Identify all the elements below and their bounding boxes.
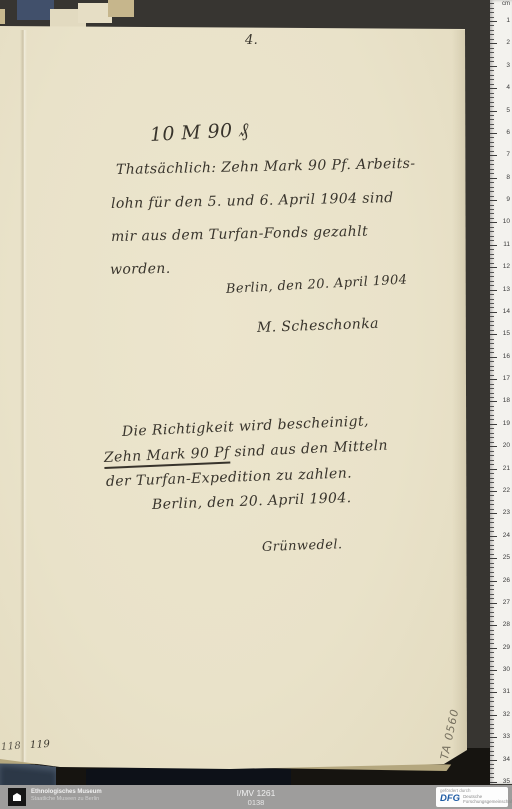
- ruler-tick-minor: [490, 352, 494, 353]
- ruler-tick-minor: [490, 531, 494, 532]
- ruler-tick-minor: [490, 500, 494, 501]
- ruler-tick-minor: [490, 522, 494, 523]
- ruler-tick-minor: [490, 612, 494, 613]
- ruler-tick-minor: [490, 688, 494, 689]
- ruler-tick-minor: [490, 518, 494, 519]
- ruler-tick-minor: [490, 433, 494, 434]
- ruler-tick-minor: [490, 307, 494, 308]
- ruler-tick-minor: [490, 388, 494, 389]
- ruler-tick-label: 28: [503, 621, 510, 629]
- ruler-tick: [490, 222, 497, 223]
- ruler-tick-label: 3: [506, 62, 510, 70]
- ruler-tick-label: 2: [506, 39, 510, 47]
- ruler-tick: [490, 290, 497, 291]
- blue-page-tab: [17, 0, 54, 20]
- ruler-tick: [490, 581, 497, 582]
- folio-number-right: 119: [30, 739, 51, 751]
- dfg-name-line: Forschungsgemeinschaft: [463, 800, 512, 805]
- ruler-tick-minor: [490, 616, 494, 617]
- ruler-tick-label: 33: [503, 733, 510, 741]
- ruler-tick: [490, 88, 497, 89]
- ruler-tick-minor: [490, 187, 494, 188]
- footer-bar: Ethnologisches Museum Staatliche Museen …: [0, 785, 512, 809]
- page-corner-step: [78, 3, 112, 23]
- ruler-tick-minor: [490, 719, 494, 720]
- ruler-tick-label: 6: [506, 129, 510, 137]
- ruler-tick-minor: [490, 406, 494, 407]
- ruler-tick-minor: [490, 160, 494, 161]
- ruler-tick: [490, 782, 497, 783]
- ruler-tick-minor: [490, 236, 494, 237]
- ruler-tick: [490, 357, 497, 358]
- ruler-tick-minor: [490, 697, 494, 698]
- ruler-tick-minor: [490, 473, 494, 474]
- ruler-tick-minor: [490, 294, 494, 295]
- ruler-tick: [490, 21, 497, 22]
- scanned-document-view: 4. 10 M 90 ₰ Thatsächlich: Zehn Mark 90 …: [0, 0, 512, 809]
- ruler-tick-minor: [490, 263, 494, 264]
- ruler-tick-minor: [490, 768, 494, 769]
- ruler-tick-minor: [490, 106, 494, 107]
- ruler-tick-minor: [490, 755, 494, 756]
- ruler-tick-minor: [490, 451, 494, 452]
- ruler-tick-minor: [490, 218, 494, 219]
- ruler-tick-label: 23: [503, 509, 510, 517]
- ruler-tick-minor: [490, 746, 494, 747]
- ruler-tick-minor: [490, 325, 494, 326]
- ruler-tick-minor: [490, 348, 494, 349]
- ruler-tick-label: 30: [503, 666, 510, 674]
- ruler-tick-minor: [490, 701, 494, 702]
- ruler-tick: [490, 670, 497, 671]
- ruler-tick-minor: [490, 115, 494, 116]
- ruler-tick-label: 13: [503, 286, 510, 294]
- ruler-tick-minor: [490, 545, 494, 546]
- ruler-tick-minor: [490, 209, 494, 210]
- ruler-tick-minor: [490, 728, 494, 729]
- ruler-tick-minor: [490, 563, 494, 564]
- ruler-tick-minor: [490, 437, 494, 438]
- ruler-tick-minor: [490, 661, 494, 662]
- ruler-tick-minor: [490, 191, 494, 192]
- ruler-tick-minor: [490, 142, 494, 143]
- ruler-tick-minor: [490, 339, 494, 340]
- folio-number-left: 118: [1, 741, 22, 753]
- ruler-tick-minor: [490, 17, 494, 18]
- ruler-tick-minor: [490, 487, 494, 488]
- ruler-tick-minor: [490, 52, 494, 53]
- ruler-strip: cm12345678910111213141516171819202122232…: [490, 0, 512, 784]
- ruler-tick: [490, 334, 497, 335]
- ruler-tick-minor: [490, 751, 494, 752]
- ruler-tick-label: 14: [503, 308, 510, 316]
- page-corner-strip: [108, 0, 134, 17]
- ruler-tick-minor: [490, 8, 494, 9]
- ruler-tick-label: 34: [503, 756, 510, 764]
- dfg-logo: gefördert durch DFG Deutsche Forschungsg…: [436, 787, 508, 807]
- ruler-tick-minor: [490, 724, 494, 725]
- ruler-tick-minor: [490, 321, 494, 322]
- ruler-tick-label: 20: [503, 442, 510, 450]
- ruler-tick-minor: [490, 607, 494, 608]
- ruler-tick-minor: [490, 231, 494, 232]
- ruler-tick-minor: [490, 621, 494, 622]
- ruler-tick: [490, 133, 497, 134]
- ruler-tick-minor: [490, 428, 494, 429]
- ruler-tick-minor: [490, 84, 494, 85]
- ruler-tick-label: 12: [503, 263, 510, 271]
- ruler-tick-minor: [490, 589, 494, 590]
- ruler-tick-minor: [490, 93, 494, 94]
- ruler-tick-minor: [490, 397, 494, 398]
- ruler-tick: [490, 379, 497, 380]
- ruler-tick-minor: [490, 509, 494, 510]
- ruler-tick: [490, 715, 497, 716]
- ruler-tick-label: 10: [503, 218, 510, 226]
- ruler-tick: [490, 737, 497, 738]
- ruler-tick-minor: [490, 39, 494, 40]
- ruler-tick-minor: [490, 504, 494, 505]
- ruler-tick-minor: [490, 464, 494, 465]
- ruler-tick-label: 26: [503, 577, 510, 585]
- ruler-tick-minor: [490, 666, 494, 667]
- ruler-tick-minor: [490, 205, 494, 206]
- ruler-tick-label: 11: [503, 241, 510, 249]
- ruler-tick-minor: [490, 124, 494, 125]
- ruler-tick-minor: [490, 137, 494, 138]
- ruler-tick-minor: [490, 634, 494, 635]
- ruler-tick-minor: [490, 572, 494, 573]
- ruler-tick-minor: [490, 30, 494, 31]
- ruler-tick-minor: [490, 61, 494, 62]
- ruler-tick-minor: [490, 410, 494, 411]
- ruler-tick-minor: [490, 585, 494, 586]
- ruler-tick-minor: [490, 249, 494, 250]
- ruler-tick-minor: [490, 674, 494, 675]
- ruler-tick-minor: [490, 742, 494, 743]
- ruler-tick-label: 22: [503, 487, 510, 495]
- ruler-tick: [490, 513, 497, 514]
- ruler-tick-label: 4: [506, 84, 510, 92]
- ruler-tick-minor: [490, 70, 494, 71]
- ruler-tick-minor: [490, 594, 494, 595]
- ruler-tick-minor: [490, 455, 494, 456]
- ruler-tick-minor: [490, 151, 494, 152]
- ruler-tick-minor: [490, 196, 494, 197]
- ruler-tick-minor: [490, 630, 494, 631]
- ruler-tick-minor: [490, 415, 494, 416]
- ruler-tick-label: 17: [503, 375, 510, 383]
- ruler-tick-minor: [490, 366, 494, 367]
- ruler-tick-minor: [490, 102, 494, 103]
- ruler-tick-minor: [490, 777, 494, 778]
- dfg-acronym: DFG: [440, 794, 460, 803]
- ruler-tick-minor: [490, 361, 494, 362]
- ruler-tick: [490, 491, 497, 492]
- ruler-tick-minor: [490, 598, 494, 599]
- ruler-tick: [490, 446, 497, 447]
- ruler-tick-label: 19: [503, 420, 510, 428]
- ruler-tick-minor: [490, 281, 494, 282]
- ruler-tick-minor: [490, 683, 494, 684]
- ruler-tick-minor: [490, 57, 494, 58]
- ruler-tick: [490, 267, 497, 268]
- ruler-tick-minor: [490, 460, 494, 461]
- ruler-tick-minor: [490, 330, 494, 331]
- receipt-line: worden.: [110, 261, 171, 278]
- ruler-tick-label: 5: [506, 107, 510, 115]
- dfg-name: Deutsche Forschungsgemeinschaft: [463, 794, 512, 804]
- ruler-tick-label: 32: [503, 711, 510, 719]
- ruler-tick: [490, 245, 497, 246]
- ruler-tick-minor: [490, 733, 494, 734]
- ruler-tick-minor: [490, 119, 494, 120]
- ruler-tick-minor: [490, 254, 494, 255]
- ruler-tick-minor: [490, 146, 494, 147]
- ruler-tick-minor: [490, 657, 494, 658]
- ruler-tick-minor: [490, 276, 494, 277]
- ruler-tick-label: 16: [503, 353, 510, 361]
- ruler-tick-minor: [490, 419, 494, 420]
- binding-crease: [20, 30, 27, 762]
- ruler-tick-minor: [490, 169, 494, 170]
- page-edge-shadow: [452, 30, 468, 756]
- ruler-tick-minor: [490, 639, 494, 640]
- ruler-tick-label: 27: [503, 599, 510, 607]
- ruler-tick-label: 1: [506, 17, 510, 25]
- ruler-tick-minor: [490, 554, 494, 555]
- ruler-tick: [490, 401, 497, 402]
- ruler-tick-label: 8: [506, 174, 510, 182]
- ruler-tick-label: 25: [503, 554, 510, 562]
- ruler-tick-minor: [490, 48, 494, 49]
- ruler-tick-minor: [490, 258, 494, 259]
- ruler-tick-minor: [490, 679, 494, 680]
- ruler-tick-minor: [490, 549, 494, 550]
- ruler-tick: [490, 760, 497, 761]
- ruler-tick-label: 7: [506, 151, 510, 159]
- ruler-tick-minor: [490, 316, 494, 317]
- ruler-tick-minor: [490, 3, 494, 4]
- ruler-tick-minor: [490, 393, 494, 394]
- ruler-tick-minor: [490, 370, 494, 371]
- ruler-tick: [490, 66, 497, 67]
- ruler-tick: [490, 603, 497, 604]
- ruler-tick-minor: [490, 240, 494, 241]
- ruler-tick-minor: [490, 285, 494, 286]
- ruler-tick: [490, 424, 497, 425]
- ruler-tick: [490, 558, 497, 559]
- ruler-tick-label: 31: [503, 688, 510, 696]
- ruler-tick-minor: [490, 97, 494, 98]
- ruler-tick: [490, 155, 497, 156]
- ruler-tick-minor: [490, 375, 494, 376]
- ruler-tick-minor: [490, 527, 494, 528]
- ruler-tick-minor: [490, 567, 494, 568]
- ruler-tick-label: 21: [503, 465, 510, 473]
- ruler-tick-minor: [490, 764, 494, 765]
- ruler-tick-minor: [490, 343, 494, 344]
- ruler-tick-label: 24: [503, 532, 510, 540]
- ruler-tick: [490, 648, 497, 649]
- ruler-tick: [490, 625, 497, 626]
- ruler-tick: [490, 536, 497, 537]
- ruler-tick: [490, 43, 497, 44]
- ruler-tick-label: 18: [503, 397, 510, 405]
- ruler-tick-minor: [490, 34, 494, 35]
- ruler-tick-minor: [490, 540, 494, 541]
- ruler-tick-minor: [490, 75, 494, 76]
- ruler-tick-minor: [490, 643, 494, 644]
- ruler-tick-minor: [490, 652, 494, 653]
- page-corner-sliver: [0, 9, 5, 24]
- ruler-tick-minor: [490, 495, 494, 496]
- ruler-tick-minor: [490, 25, 494, 26]
- ruler-tick-minor: [490, 773, 494, 774]
- ruler-unit-label: cm: [502, 1, 510, 7]
- ruler-tick-minor: [490, 384, 494, 385]
- ruler-tick-minor: [490, 173, 494, 174]
- ruler-tick-label: 15: [503, 330, 510, 338]
- ruler-tick-minor: [490, 442, 494, 443]
- ruler-tick-minor: [490, 164, 494, 165]
- ruler-tick-minor: [490, 128, 494, 129]
- ruler-tick: [490, 111, 497, 112]
- ruler-tick-minor: [490, 482, 494, 483]
- ruler-tick-minor: [490, 79, 494, 80]
- ruler-tick-minor: [490, 272, 494, 273]
- page-number: 4.: [245, 33, 258, 48]
- ruler-tick-label: 9: [506, 196, 510, 204]
- ruler-tick: [490, 200, 497, 201]
- ruler-tick: [490, 469, 497, 470]
- ruler-tick-minor: [490, 303, 494, 304]
- ruler-tick: [490, 312, 497, 313]
- ruler-tick-minor: [490, 12, 494, 13]
- ruler-tick: [490, 178, 497, 179]
- ruler-tick-minor: [490, 227, 494, 228]
- approval-signature: Grünwedel.: [262, 537, 343, 555]
- ruler-tick-minor: [490, 478, 494, 479]
- ruler-tick-minor: [490, 710, 494, 711]
- ruler-tick-minor: [490, 576, 494, 577]
- ruler-tick-label: 29: [503, 644, 510, 652]
- ruler-tick: [490, 692, 497, 693]
- ruler-tick-minor: [490, 706, 494, 707]
- ruler-tick-minor: [490, 182, 494, 183]
- ruler-tick-minor: [490, 299, 494, 300]
- ruler-tick-minor: [490, 213, 494, 214]
